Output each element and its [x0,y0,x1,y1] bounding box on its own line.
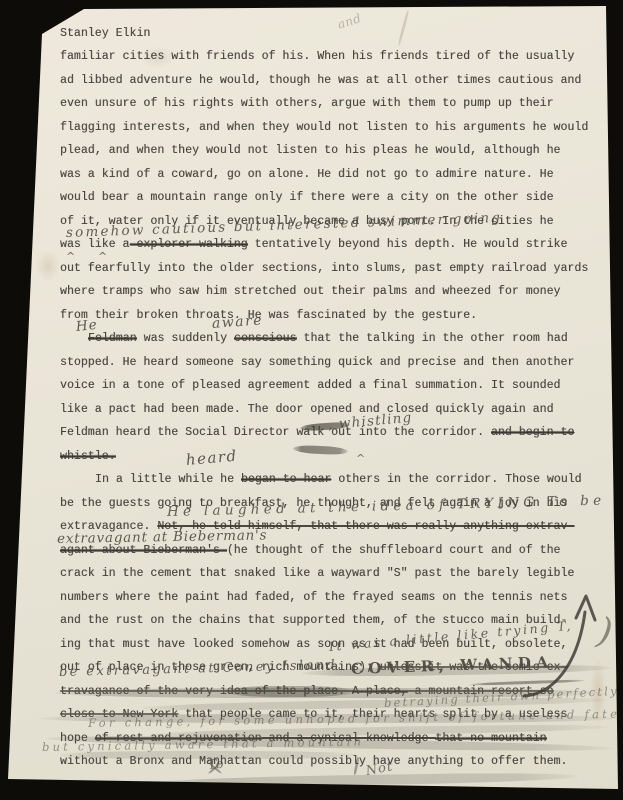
typed-segment: stopped. He heard someone say something … [60,356,574,369]
pencil-scribble [225,686,355,697]
typescript-line: like a pact had been made. The door open… [60,403,554,416]
typescript-line: stopped. He heard someone say something … [60,356,574,369]
typed-segment: voice in a tone of pleased agreement add… [60,379,560,392]
typescript-line: plead, and when they would not listen to… [60,144,560,157]
typed-segment: Feldman heard the Social Director walk o… [60,426,491,439]
typed-segment: would bear a mountain range only if ther… [60,191,554,204]
typed-segment: out fearfully into the older sections, i… [60,262,588,275]
typed-segment: Stanley Elkin [60,27,150,40]
typed-segment: familiar cities with friends of his. Whe… [60,50,574,63]
typed-segment: plead, and when they would not listen to… [60,144,560,157]
typescript-line: out fearfully into the older sections, i… [60,262,588,275]
typescript-line: where tramps who saw him stretched out t… [60,285,560,298]
typed-segment: (he thought of the shuffleboard court an… [227,544,561,557]
paper-stain [36,250,60,282]
typescript-line: crack in the cement that snaked like a w… [60,567,574,580]
handwritten-annotation: ^ [356,452,365,465]
typed-segment: that the talking in the other room had [297,332,568,345]
handwritten-annotation: aware [211,312,263,332]
typescript-line: would bear a mountain range only if ther… [60,191,554,204]
typed-segment: began to hear [241,473,331,486]
typescript-line: ad libbed adventure he would, though he … [60,74,581,87]
typescript-line: ing that must have looked somehow as soo… [60,638,567,651]
handwritten-annotation: He [75,317,98,335]
typed-segment: ing that must have looked somehow as soo… [60,638,567,651]
manuscript-page: Stanley Elkinfamiliar cities with friend… [0,0,623,800]
typed-segment: conscious [234,332,297,345]
typescript-line: familiar cities with friends of his. Whe… [60,50,574,63]
typescript-line: whistle. [60,450,116,463]
typed-segment: ad libbed adventure he would, though he … [60,74,581,87]
typescript-line: Feldman was suddenly conscious that the … [88,332,568,345]
typed-segment: from their broken throats. He was fascin… [60,309,477,322]
typed-segment: numbers where the paint had faded, of th… [60,591,567,604]
typed-segment: Feldman [88,332,137,345]
typescript-line: Stanley Elkin [60,27,150,40]
typed-segment: tentatively beyond his depth. He would s… [248,238,568,251]
curved-arrow-mark [522,592,610,710]
typescript-line: was like a explorer walking tentatively … [60,238,567,251]
pencil-scribble [30,99,33,103]
typed-segment: flagging interests, and when they would … [60,121,588,134]
handwritten-annotation: ^ [66,250,75,263]
typescript-line: voice in a tone of pleased agreement add… [60,379,560,392]
handwritten-annotation: and [336,11,363,32]
typed-segment: whistle. [60,450,116,463]
typescript-line: agant about Bieberman's (he thought of t… [60,544,560,557]
typescript-line: numbers where the paint had faded, of th… [60,591,567,604]
typescript-line: In a little while he began to hear other… [95,473,582,486]
pencil-scribble [148,771,578,789]
handwritten-annotation: To [207,757,224,773]
typescript-line: even unsure of his rights with others, a… [60,97,554,110]
pencil-scribble [293,445,348,456]
typed-segment: even unsure of his rights with others, a… [60,97,554,110]
typescript-line: from their broken throats. He was fascin… [60,309,477,322]
manuscript-scan: Stanley Elkinfamiliar cities with friend… [0,0,623,800]
typed-segment: explorer walking [130,238,248,251]
typed-segment: like a pact had been made. The door open… [60,403,554,416]
handwritten-annotation: heard [185,447,238,469]
typed-segment: where tramps who saw him stretched out t… [60,285,560,298]
typed-segment: and begin to [491,426,574,439]
typed-segment: others in the corridor. Those would [331,473,581,486]
handwritten-annotation: ^ [98,250,107,263]
typed-segment: In a little while he [95,473,241,486]
typescript-line: flagging interests, and when they would … [60,121,588,134]
typed-segment: was suddenly [137,332,234,345]
pencil-scribble [397,10,409,46]
typed-segment: was a kind of a coward, go on alone. He … [60,168,554,181]
typed-segment: crack in the cement that snaked like a w… [60,567,574,580]
typescript-line: was a kind of a coward, go on alone. He … [60,168,554,181]
